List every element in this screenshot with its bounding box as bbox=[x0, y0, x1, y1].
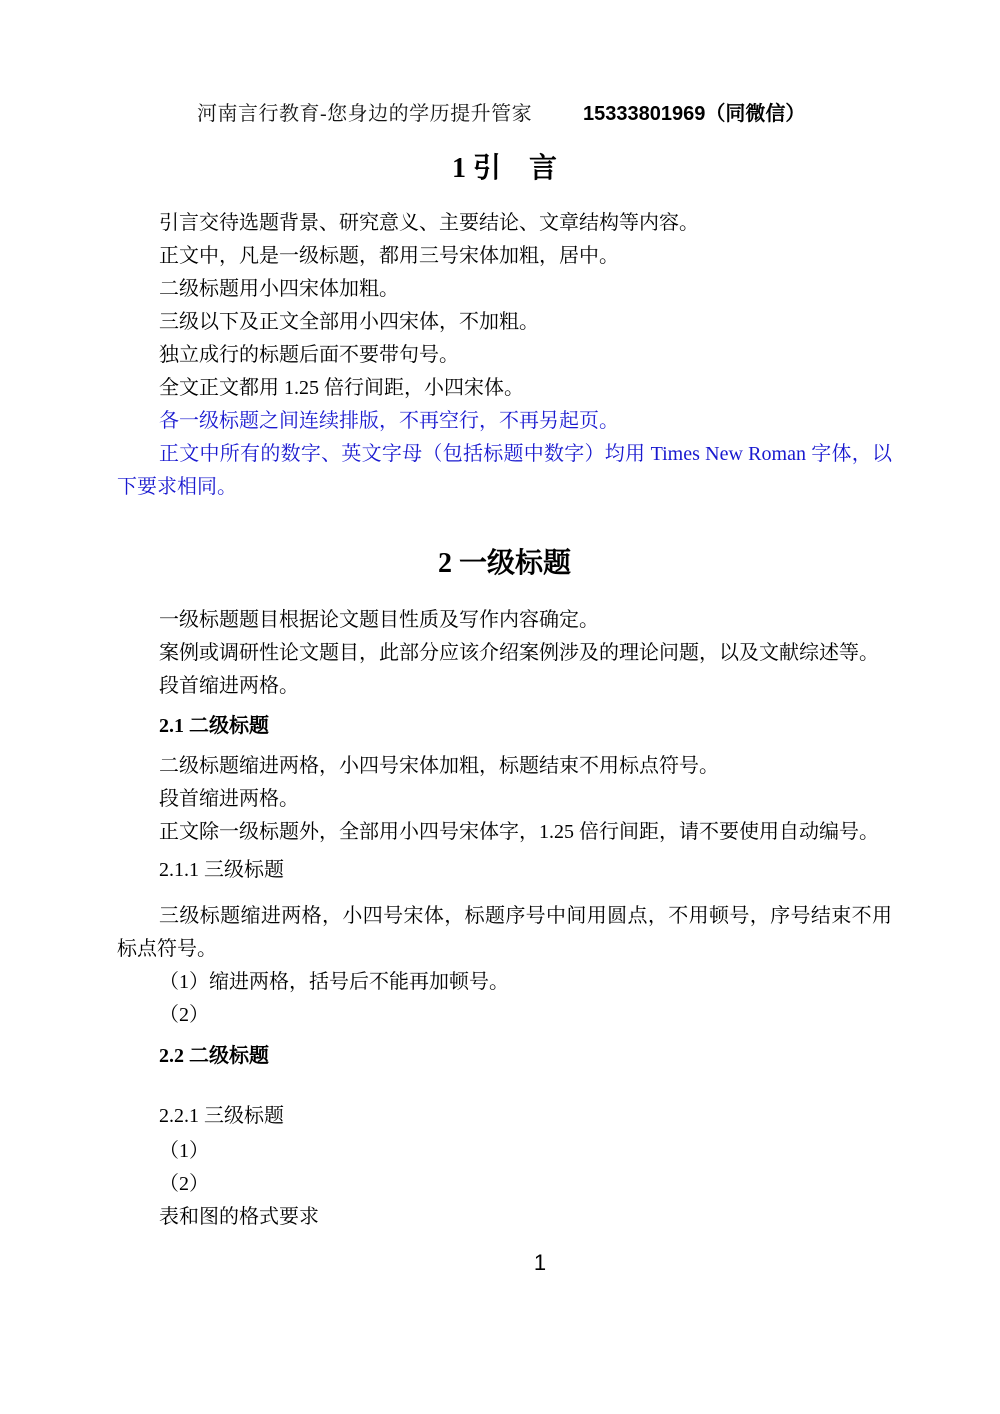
header-phone-number: 15333801969（同微信） bbox=[583, 101, 805, 128]
paragraph-blue: 各一级标题之间连续排版，不再空行，不再另起页。 bbox=[117, 405, 892, 438]
paragraph: 三级以下及正文全部用小四宋体，不加粗。 bbox=[117, 306, 892, 339]
paragraph-blue: 正文中所有的数字、英文字母（包括标题中数字）均用 Times New Roman… bbox=[117, 438, 892, 504]
paragraph: 引言交待选题背景、研究意义、主要结论、文章结构等内容。 bbox=[117, 207, 892, 240]
section2-title: 2 一级标题 bbox=[117, 543, 892, 585]
paragraph: 一级标题题目根据论文题目性质及写作内容确定。 bbox=[117, 604, 892, 637]
paragraph: 段首缩进两格。 bbox=[117, 783, 892, 816]
heading-2-1: 2.1 二级标题 bbox=[117, 710, 892, 743]
paragraph: 案例或调研性论文题目，此部分应该介绍案例涉及的理论问题，以及文献综述等。 bbox=[117, 637, 892, 670]
paragraph: 三级标题缩进两格，小四号宋体，标题序号中间用圆点，不用顿号，序号结束不用标点符号… bbox=[117, 900, 892, 966]
paragraph: 表和图的格式要求 bbox=[117, 1201, 892, 1234]
paragraph: 独立成行的标题后面不要带句号。 bbox=[117, 339, 892, 372]
document-page: 河南言行教育-您身边的学历提升管家 15333801969（同微信） 1 引 言… bbox=[0, 0, 1000, 1414]
paragraph: （1） bbox=[117, 1135, 892, 1168]
paragraph: 段首缩进两格。 bbox=[117, 670, 892, 703]
section1-title: 1 引 言 bbox=[117, 148, 892, 190]
paragraph: （2） bbox=[117, 1168, 892, 1201]
paragraph: 正文除一级标题外，全部用小四号宋体字，1.25 倍行间距，请不要使用自动编号。 bbox=[117, 816, 892, 849]
document-body: 1 引 言 引言交待选题背景、研究意义、主要结论、文章结构等内容。 正文中，凡是… bbox=[117, 148, 892, 1234]
paragraph: 二级标题缩进两格，小四号宋体加粗，标题结束不用标点符号。 bbox=[117, 750, 892, 783]
paragraph: 全文正文都用 1.25 倍行间距，小四宋体。 bbox=[117, 372, 892, 405]
header-company-text: 河南言行教育-您身边的学历提升管家 bbox=[197, 101, 532, 128]
page-number: 1 bbox=[527, 1250, 553, 1276]
paragraph: （1）缩进两格，括号后不能再加顿号。 bbox=[117, 966, 892, 999]
paragraph: 二级标题用小四宋体加粗。 bbox=[117, 273, 892, 306]
paragraph: （2） bbox=[117, 999, 892, 1032]
heading-2-2: 2.2 二级标题 bbox=[117, 1040, 892, 1073]
heading-2-1-1: 2.1.1 三级标题 bbox=[117, 854, 892, 887]
heading-2-2-1: 2.2.1 三级标题 bbox=[117, 1100, 892, 1133]
paragraph: 正文中，凡是一级标题，都用三号宋体加粗，居中。 bbox=[117, 240, 892, 273]
